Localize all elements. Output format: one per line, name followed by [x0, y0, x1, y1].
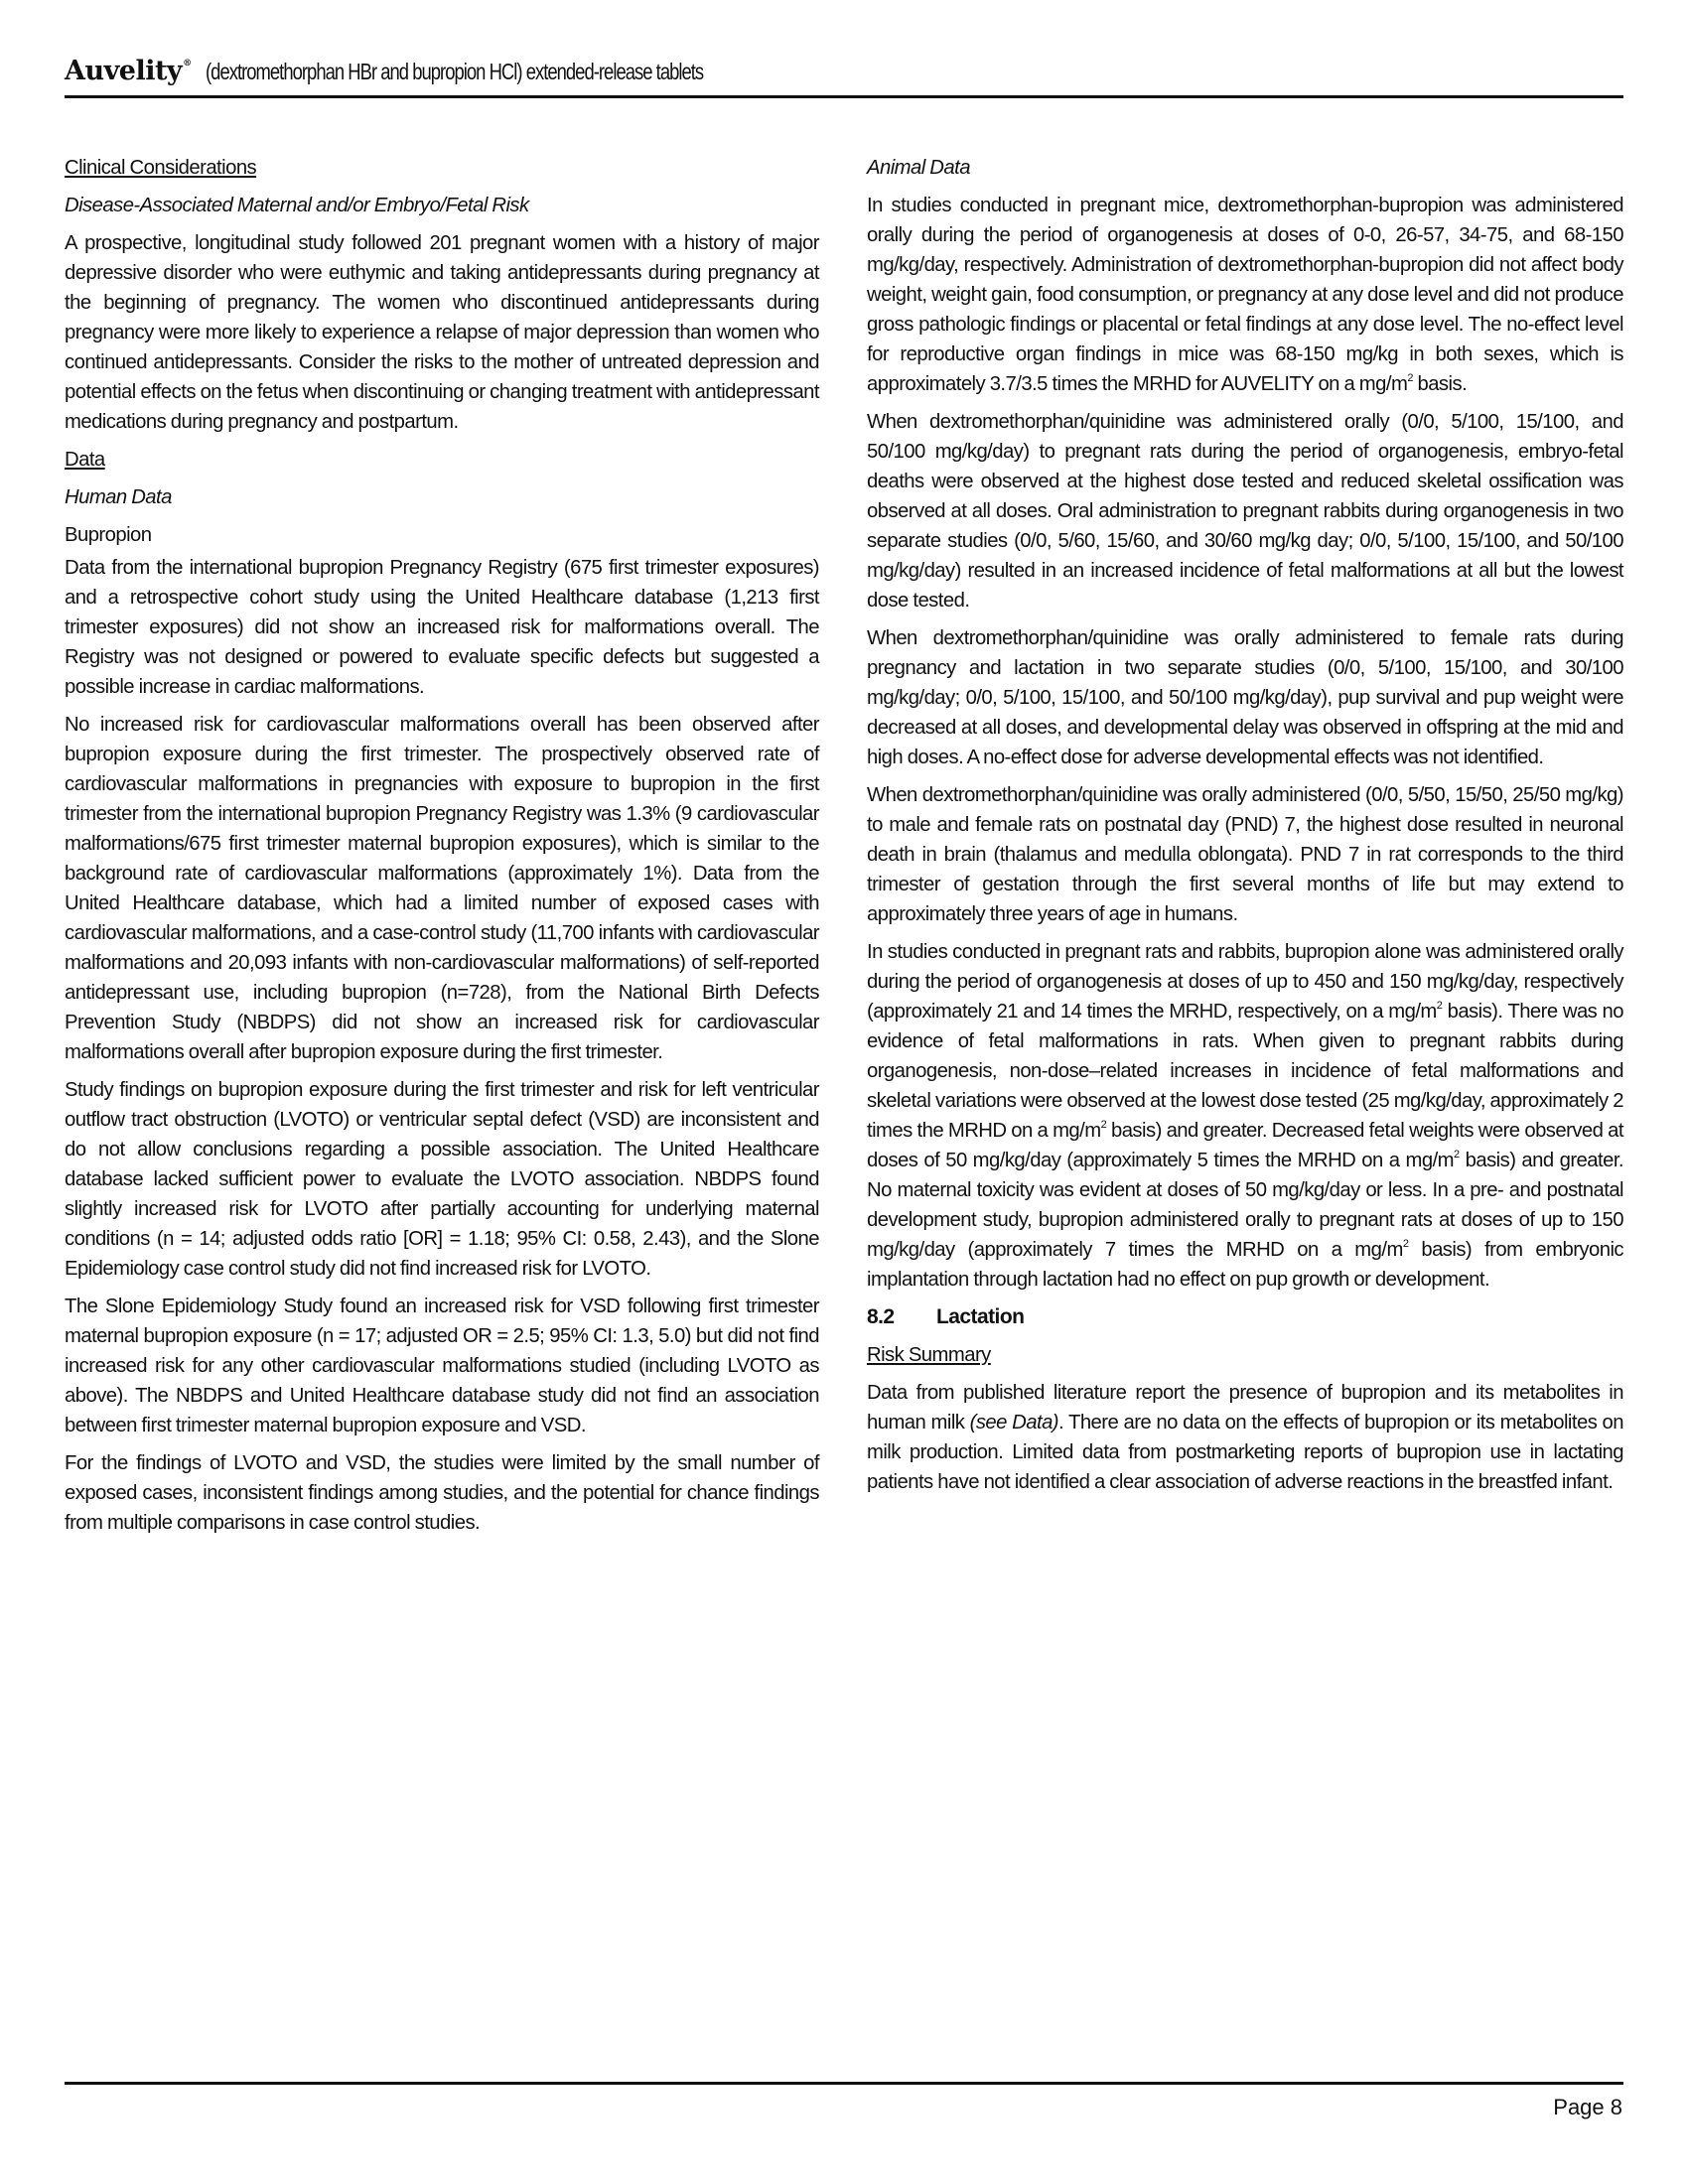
left-column: Clinical Considerations Disease-Associat… [65, 153, 819, 1546]
pregnancy-lactation-paragraph: When dextromethorphan/quinidine was oral… [867, 623, 1623, 772]
right-column: Animal Data In studies conducted in preg… [867, 153, 1623, 1505]
data-heading: Data [65, 445, 819, 475]
bupropion-alone-paragraph: In studies conducted in pregnant rats an… [867, 937, 1623, 1295]
paragraph: No increased risk for cardiovascular mal… [65, 710, 819, 1067]
brand-logo: Auvelity® [65, 56, 192, 86]
rat-rabbit-organogenesis-paragraph: When dextromethorphan/quinidine was admi… [867, 407, 1623, 615]
risk-summary-heading: Risk Summary [867, 1340, 1623, 1370]
brand-name: Auvelity [65, 56, 182, 86]
animal-data-heading: Animal Data [867, 153, 1623, 183]
disease-risk-paragraph: A prospective, longitudinal study follow… [65, 228, 819, 437]
paragraph: Data from the international bupropion Pr… [65, 553, 819, 702]
human-data-heading: Human Data [65, 482, 819, 512]
paragraph: Study findings on bupropion exposure dur… [65, 1075, 819, 1284]
paragraph: For the findings of LVOTO and VSD, the s… [65, 1448, 819, 1538]
section-number: 8.2 [867, 1302, 936, 1332]
paragraph: The Slone Epidemiology Study found an in… [65, 1292, 819, 1440]
registered-mark: ® [183, 59, 192, 68]
footer-rule [65, 2082, 1623, 2085]
text-span: In studies conducted in pregnant mice, d… [867, 195, 1623, 395]
product-subtitle: (dextromethorphan HBr and bupropion HCl)… [206, 59, 703, 85]
page-number: Page 8 [1553, 2095, 1622, 2120]
page-header: Auvelity® (dextromethorphan HBr and bupr… [65, 56, 1623, 95]
clinical-considerations-heading: Clinical Considerations [65, 153, 819, 183]
lactation-section-heading: 8.2Lactation [867, 1302, 1623, 1332]
see-data-reference: (see Data) [970, 1412, 1058, 1433]
text-span: basis. [1413, 373, 1467, 395]
postnatal-paragraph: When dextromethorphan/quinidine was oral… [867, 780, 1623, 929]
lactation-risk-paragraph: Data from published literature report th… [867, 1378, 1623, 1497]
section-title: Lactation [936, 1305, 1024, 1328]
bupropion-heading: Bupropion [65, 520, 819, 550]
header-rule [65, 95, 1623, 98]
mice-study-paragraph: In studies conducted in pregnant mice, d… [867, 191, 1623, 399]
disease-risk-heading: Disease-Associated Maternal and/or Embry… [65, 191, 819, 220]
